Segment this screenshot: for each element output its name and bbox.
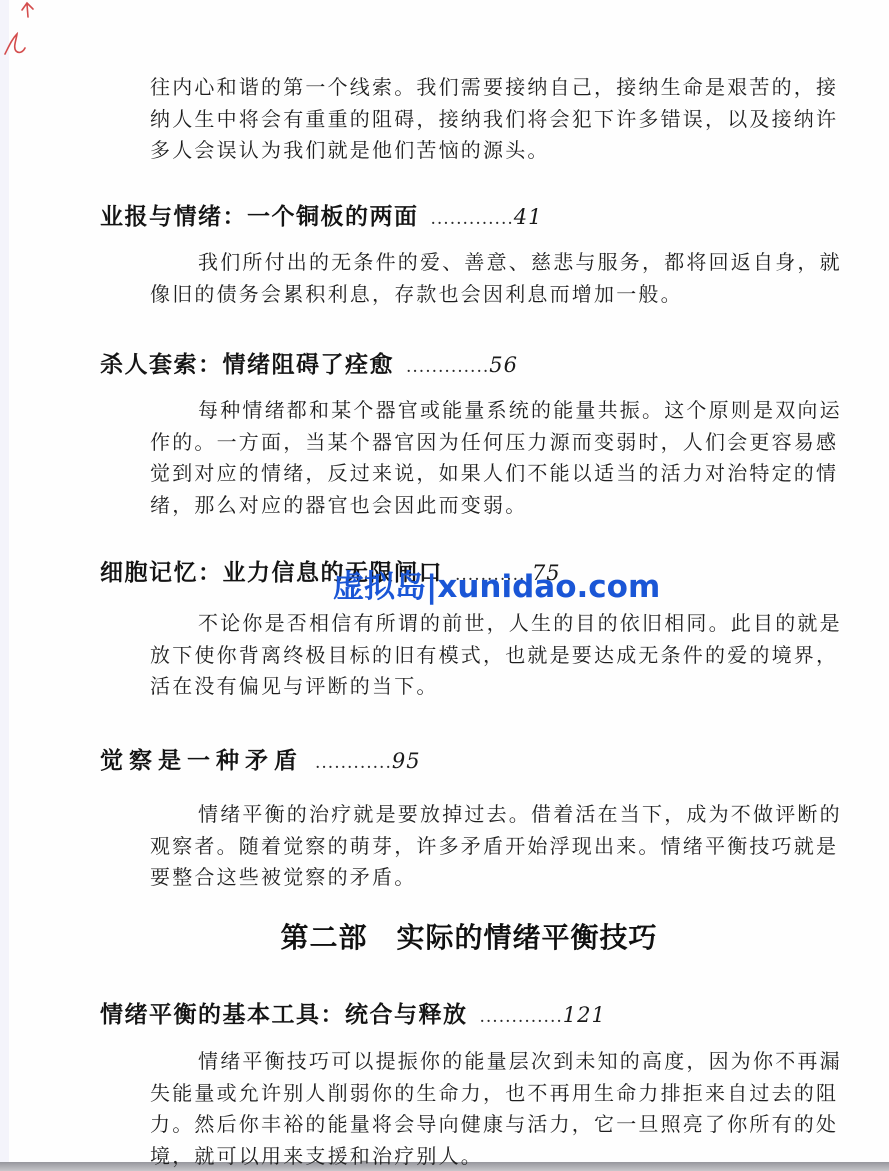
paragraph-karma-and-emotion: 我们所付出的无条件的爱、善意、慈悲与服务，都将回返自身，就 像旧的债务会累积利息… xyxy=(150,247,850,310)
dot-leader: ............. xyxy=(480,1007,563,1027)
page-number: 121 xyxy=(563,1003,606,1027)
text-line: 情绪平衡技巧可以提振你的能量层次到未知的高度，因为你不再漏 xyxy=(150,1046,850,1078)
paragraph-awareness-paradox: 情绪平衡的治疗就是要放掉过去。借着活在当下，成为不做评断的 观察者。随着觉察的萌… xyxy=(150,799,850,894)
text-line: 每种情绪都和某个器官或能量系统的能量共振。这个原则是双向运 xyxy=(150,395,850,427)
text-line: 像旧的债务会累积利息，存款也会因利息而增加一般。 xyxy=(150,279,850,311)
paragraph-intro: 往内心和谐的第一个线索。我们需要接纳自己，接纳生命是艰苦的，接 纳人生中将会有重… xyxy=(150,72,850,167)
text-line: 纳人生中将会有重重的阻碍，接纳我们将会犯下许多错误，以及接纳许 xyxy=(150,104,850,136)
part-two-title: 第二部 实际的情绪平衡技巧 xyxy=(100,916,838,956)
page-number: 95 xyxy=(392,749,421,773)
heading-title: 业报与情绪：一个铜板的两面 xyxy=(100,203,419,230)
text-line: 绪，那么对应的器官也会因此而变弱。 xyxy=(150,490,850,522)
text-line: 我们所付出的无条件的爱、善意、慈悲与服务，都将回返自身，就 xyxy=(150,247,850,279)
text-line: 放下使你背离终极目标的旧有模式，也就是要达成无条件的爱的境界， xyxy=(150,640,850,672)
page-number: 56 xyxy=(489,353,518,377)
heading-title: 情绪平衡的基本工具：统合与释放 xyxy=(100,1001,468,1028)
text-line: 不论你是否相信有所谓的前世，人生的目的依旧相同。此目的就是 xyxy=(150,608,850,640)
red-pen-scribble-mark xyxy=(3,32,27,58)
text-line: 境，就可以用来支援和治疗别人。 xyxy=(150,1141,850,1171)
text-line: 往内心和谐的第一个线索。我们需要接纳自己，接纳生命是艰苦的，接 xyxy=(150,72,850,104)
text-line: 要整合这些被觉察的矛盾。 xyxy=(150,862,850,894)
text-line: 活在没有偏见与评断的当下。 xyxy=(150,671,850,703)
paragraph-lasso: 每种情绪都和某个器官或能量系统的能量共振。这个原则是双向运 作的。一方面，当某个… xyxy=(150,395,850,521)
heading-title: 杀人套索：情绪阻碍了痊愈 xyxy=(100,351,394,378)
toc-heading-awareness-paradox: 觉察是一种矛盾............95 xyxy=(100,742,860,775)
site-watermark: 虚拟岛|xunidao.com xyxy=(333,569,660,605)
page-number: 41 xyxy=(514,205,543,229)
text-line: 觉到对应的情绪，反过来说，如果人们不能以适当的活力对治特定的情 xyxy=(150,458,850,490)
text-line: 情绪平衡的治疗就是要放掉过去。借着活在当下，成为不做评断的 xyxy=(150,799,850,831)
scan-left-edge xyxy=(0,0,9,1171)
toc-heading-lasso: 杀人套索：情绪阻碍了痊愈.............56 xyxy=(100,346,860,379)
text-line: 作的。一方面，当某个器官因为任何压力源而变弱时，人们会更容易感 xyxy=(150,427,850,459)
toc-heading-basic-tools: 情绪平衡的基本工具：统合与释放.............121 xyxy=(100,996,860,1029)
text-line: 多人会误认为我们就是他们苦恼的源头。 xyxy=(150,135,850,167)
paragraph-basic-tools: 情绪平衡技巧可以提振你的能量层次到未知的高度，因为你不再漏 失能量或允许别人削弱… xyxy=(150,1046,850,1171)
red-pen-arrow-mark xyxy=(19,1,37,18)
dot-leader: ............. xyxy=(431,209,514,229)
dot-leader: ............. xyxy=(406,357,489,377)
text-line: 失能量或允许别人削弱你的生命力，也不再用生命力排拒来自过去的阻 xyxy=(150,1078,850,1110)
heading-title: 觉察是一种矛盾 xyxy=(100,747,303,774)
text-line: 观察者。随着觉察的萌芽，许多矛盾开始浮现出来。情绪平衡技巧就是 xyxy=(150,831,850,863)
book-toc-page: 往内心和谐的第一个线索。我们需要接纳自己，接纳生命是艰苦的，接 纳人生中将会有重… xyxy=(0,0,889,1171)
toc-heading-karma-and-emotion: 业报与情绪：一个铜板的两面.............41 xyxy=(100,198,860,231)
text-line: 力。然后你丰裕的能量将会导向健康与活力，它一旦照亮了你所有的处 xyxy=(150,1109,850,1141)
paragraph-cell-memory: 不论你是否相信有所谓的前世，人生的目的依旧相同。此目的就是 放下使你背离终极目标… xyxy=(150,608,850,703)
dot-leader: ............ xyxy=(315,753,392,773)
